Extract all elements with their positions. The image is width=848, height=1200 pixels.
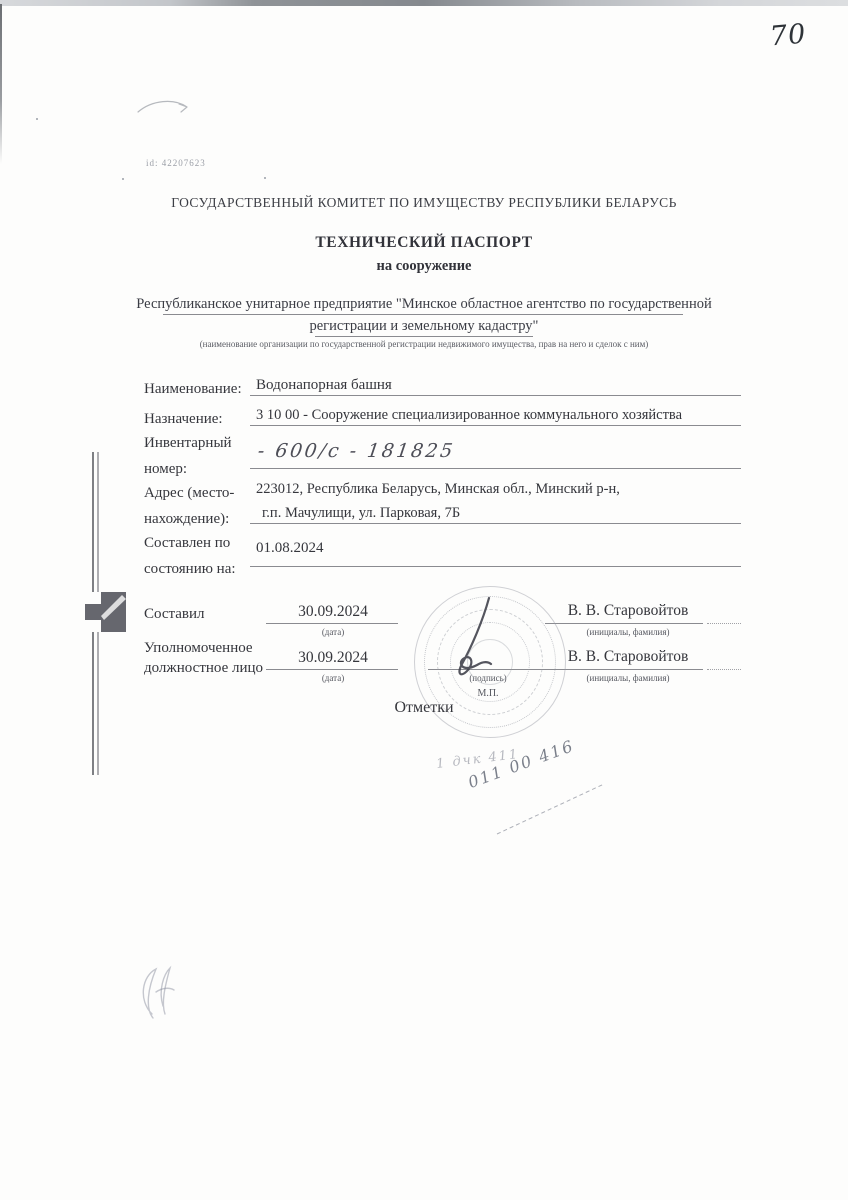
signature-date: 30.09.2024 [268, 649, 398, 667]
date-value: 30.09.2024 [298, 649, 368, 666]
field-value-address-line1: 223012, Республика Беларусь, Минская обл… [256, 481, 620, 498]
date-caption: (дата) [268, 673, 398, 683]
signature-name: В. В. Старовойтов [548, 648, 708, 666]
pencil-stroke [497, 784, 604, 834]
marks-section-title: Отметки [334, 699, 514, 717]
pencil-initials [143, 968, 174, 1018]
underline [250, 523, 741, 524]
underline [266, 623, 398, 624]
signature-role-compiler: Составил [144, 604, 274, 624]
document-subtitle: на сооружение [104, 258, 744, 275]
handwritten-page-number: 70 [769, 18, 808, 52]
field-label-address: Адрес (место-нахождение): [144, 480, 262, 532]
signature-line [428, 669, 560, 670]
seal-caption: М.П. [428, 688, 548, 699]
name-value: В. В. Старовойтов [568, 602, 689, 619]
date-caption: (дата) [268, 627, 398, 637]
signature-caption: (подпись) [428, 673, 548, 683]
underline [707, 669, 741, 670]
field-value-address-line2: г.п. Мачулищи, ул. Парковая, 7Б [262, 505, 460, 522]
scanned-document-page: 70 id: 42207623 ГОСУДАРСТВЕННЫЙ КОМИТЕТ … [0, 0, 848, 1200]
underline [707, 623, 741, 624]
document-title: ТЕХНИЧЕСКИЙ ПАСПОРТ [104, 234, 744, 252]
underline [545, 669, 703, 670]
underline [250, 566, 741, 567]
underline [315, 336, 533, 337]
name-caption: (инициалы, фамилия) [548, 627, 708, 637]
scan-speck [36, 118, 38, 120]
scan-speck [264, 177, 266, 179]
underline [250, 425, 741, 426]
underline [250, 395, 741, 396]
scan-speck [122, 178, 124, 180]
binding-mark [85, 452, 126, 775]
field-value-as-of-date: 01.08.2024 [256, 540, 324, 557]
signature-date: 30.09.2024 [268, 603, 398, 621]
field-value-name: Водонапорная башня [256, 377, 392, 394]
underline [250, 468, 741, 469]
organization-name-line2: регистрации и земельному кадастру" [124, 318, 724, 335]
signature-scribble [460, 598, 491, 674]
underline [163, 314, 683, 315]
handwriting-overlay [0, 0, 848, 1200]
scan-edge-artifact [0, 0, 848, 6]
scan-id: id: 42207623 [146, 158, 206, 168]
underline [545, 623, 703, 624]
name-value: В. В. Старовойтов [568, 648, 689, 665]
name-caption: (инициалы, фамилия) [548, 673, 708, 683]
organization-name-line1: Республиканское унитарное предприятие "М… [124, 296, 724, 313]
organization-caption: (наименование организации по государстве… [124, 339, 724, 349]
scan-edge-artifact [0, 4, 2, 164]
field-label-name: Наименование: [144, 376, 254, 402]
underline [266, 669, 398, 670]
field-value-purpose: 3 10 00 - Сооружение специализированное … [256, 407, 682, 424]
field-value-inventory-number: - 600/с - 181825 [256, 440, 456, 462]
field-label-inventory-number: Инвентарный номер: [144, 430, 256, 482]
date-value: 30.09.2024 [298, 603, 368, 620]
field-label-purpose: Назначение: [144, 406, 254, 432]
committee-header: ГОСУДАРСТВЕННЫЙ КОМИТЕТ ПО ИМУЩЕСТВУ РЕС… [104, 195, 744, 211]
stray-pen-mark [138, 101, 187, 112]
signature-name: В. В. Старовойтов [548, 602, 708, 620]
field-label-as-of-date: Составлен по состоянию на: [144, 530, 262, 582]
